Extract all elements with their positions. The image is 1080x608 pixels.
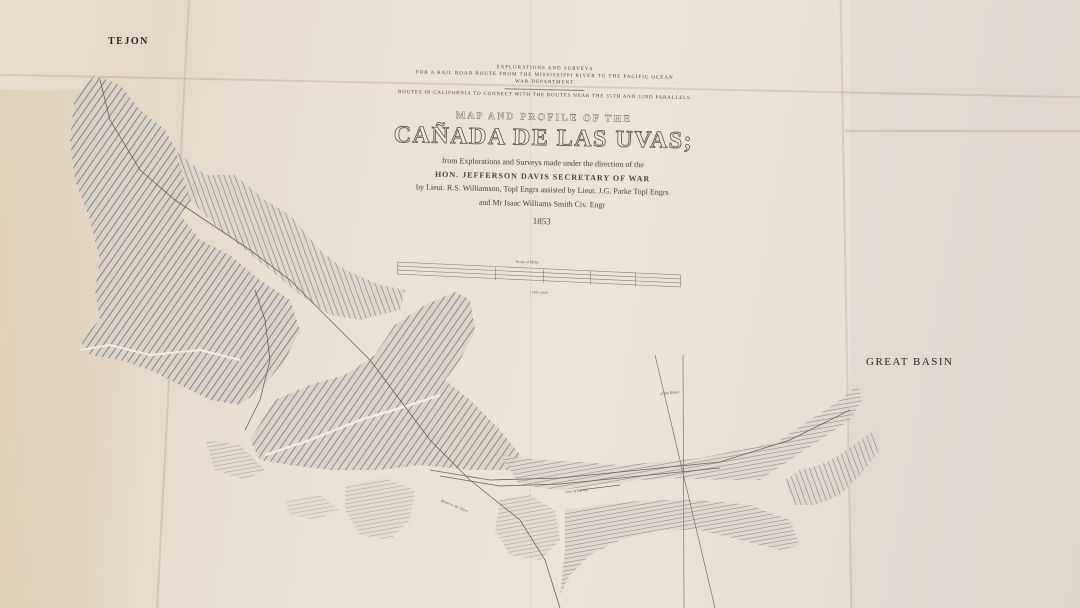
scale-bar: Scale of Miles 1 mile scale [395, 256, 686, 299]
hill-cluster [495, 495, 560, 560]
title-divider [504, 88, 584, 91]
title-block: EXPLORATIONS AND SURVEYS FOR A RAIL ROAD… [392, 62, 695, 229]
mountain-ridge-valley-south [560, 500, 800, 595]
title-credit-surveyors: by Lieut. R.S. Williamson, Topl Engrs as… [392, 182, 692, 197]
meridian-line [683, 355, 684, 608]
title-credit-engineer: and Mr Isaac Williams Smith Civ. Engr [392, 196, 692, 211]
title-subtitle: from Explorations and Surveys made under… [393, 155, 693, 170]
scale-subtitle: 1 mile scale [529, 289, 548, 294]
place-label-great-basin: GREAT BASIN [866, 356, 954, 368]
place-label-tejon: TEJON [108, 36, 149, 47]
hills-south [345, 478, 415, 540]
title-line-routes: ROUTES IN CALIFORNIA TO CONNECT WITH THE… [394, 90, 694, 101]
map-title: CAÑADA DE LAS UVAS; [393, 122, 693, 155]
